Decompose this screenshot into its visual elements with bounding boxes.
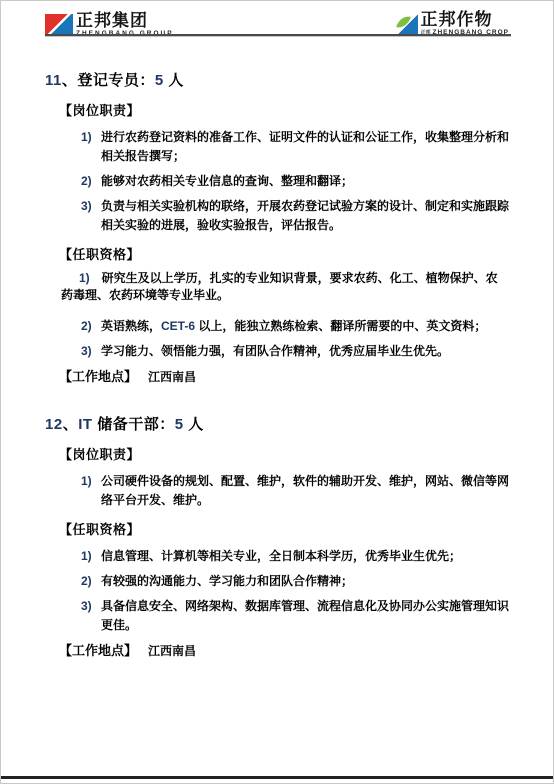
zhengbang-crop-logo-cn: 正邦作物 [421, 12, 510, 28]
list-item: 2)有较强的沟通能力、学习能力和团队合作精神； [81, 572, 511, 591]
zhengbang-group-logo-icon [45, 14, 73, 36]
list-item-text: 能够对农药相关专业信息的查询、整理和翻译； [101, 172, 511, 191]
section-title-text: 、 [63, 416, 79, 433]
list-item-run: 负责与相关实验机构的联络，开展农药登记试验方案的设计、制定和实施跟踪相关实验的进… [101, 199, 509, 232]
list-item-run: CET-6 [161, 319, 195, 333]
document-page: 正邦集团 ZHENGBANG GROUP 正邦作物 正邦 ZHENGBANG C… [0, 0, 554, 784]
list-item-number: 1) [81, 547, 101, 566]
list-item: 3)具备信息安全、网络架构、数据库管理、流程信息化及协同办公实施管理知识更佳。 [81, 597, 511, 635]
work-location-value: 江西南昌 [148, 370, 196, 384]
section-title-text: 5 [155, 72, 164, 89]
list-item-text: 有较强的沟通能力、学习能力和团队合作精神； [101, 572, 511, 591]
work-location: 【工作地点】江西南昌 [59, 367, 511, 387]
list-item-text: 信息管理、计算机等相关专业，全日制本科学历，优秀毕业生优先； [101, 547, 511, 566]
section-title: 12、IT 储备干部：5 人 [45, 415, 511, 435]
section-title-text: 人 [164, 72, 184, 89]
section-title-text: 储备干部： [93, 416, 175, 433]
footer-bar [1, 776, 553, 779]
list-item-number: 1) [81, 128, 101, 166]
zhengbang-crop-logo: 正邦作物 正邦 ZHENGBANG CROP [395, 12, 510, 36]
list-item-number: 2) [81, 572, 101, 591]
list-item-text: 进行农药登记资料的准备工作、证明文件的认证和公证工作，收集整理分析和相关报告撰写… [101, 128, 511, 166]
list-item-number: 2) [81, 172, 101, 191]
job-section: 12、IT 储备干部：5 人【岗位职责】1)公司硬件设备的规划、配置、维护，软件… [45, 415, 511, 661]
zhengbang-crop-logo-text: 正邦作物 正邦 ZHENGBANG CROP [421, 12, 510, 36]
list-item-number: 1) [81, 472, 101, 510]
zhengbang-group-logo-cn: 正邦集团 [76, 13, 174, 29]
zhengbang-crop-logo-icon [395, 14, 418, 34]
list-item-flat: 1) 研究生及以上学历，扎实的专业知识背景，要求农药、化工、植物保护、农药毒理、… [61, 270, 501, 304]
list-item: 1)公司硬件设备的规划、配置、维护，软件的辅助开发、维护，网站、微信等网络平台开… [81, 472, 511, 510]
list-item: 3)负责与相关实验机构的联络，开展农药登记试验方案的设计、制定和实施跟踪相关实验… [81, 197, 511, 235]
list-item-text: 英语熟练，CET-6 以上，能独立熟练检索、翻译所需要的中、英文资料； [101, 317, 511, 336]
list-item-text: 具备信息安全、网络架构、数据库管理、流程信息化及协同办公实施管理知识更佳。 [101, 597, 511, 635]
section-title: 11、登记专员：5 人 [45, 71, 511, 91]
list-item-run: 具备信息安全、网络架构、数据库管理、流程信息化及协同办公实施管理知识更佳。 [101, 599, 509, 632]
list-item-run: 公司硬件设备的规划、配置、维护，软件的辅助开发、维护，网站、微信等网络平台开发、… [101, 474, 509, 507]
list-item: 3)学习能力、领悟能力强，有团队合作精神，优秀应届毕业生优先。 [81, 342, 511, 361]
list-item-text: 公司硬件设备的规划、配置、维护，软件的辅助开发、维护，网站、微信等网络平台开发、… [101, 472, 511, 510]
list-item-run: 能够对农药相关专业信息的查询、整理和翻译； [101, 174, 353, 188]
list-item: 1)进行农药登记资料的准备工作、证明文件的认证和公证工作，收集整理分析和相关报告… [81, 128, 511, 166]
leaf-icon [396, 14, 411, 31]
list-item-run: 信息管理、计算机等相关专业，全日制本科学历，优秀毕业生优先； [101, 549, 461, 563]
list-item-run: 英语熟练， [101, 319, 161, 333]
subsection-heading: 【任职资格】 [59, 245, 511, 264]
list-item: 2)能够对农药相关专业信息的查询、整理和翻译； [81, 172, 511, 191]
section-title-text: 11 [45, 72, 62, 89]
work-location-label: 【工作地点】 [59, 369, 137, 384]
work-location: 【工作地点】江西南昌 [59, 641, 511, 661]
list-item-number: 3) [81, 342, 101, 361]
list-item-text: 学习能力、领悟能力强，有团队合作精神，优秀应届毕业生优先。 [101, 342, 511, 361]
list-item: 1)信息管理、计算机等相关专业，全日制本科学历，优秀毕业生优先； [81, 547, 511, 566]
list-item-number: 3) [81, 197, 101, 235]
work-location-label: 【工作地点】 [59, 643, 137, 658]
list-item-number: 2) [81, 317, 101, 336]
job-section: 11、登记专员：5 人【岗位职责】1)进行农药登记资料的准备工作、证明文件的认证… [45, 71, 511, 387]
list-item-run: 进行农药登记资料的准备工作、证明文件的认证和公证工作，收集整理分析和相关报告撰写… [101, 130, 509, 163]
section-title-text: 5 [175, 416, 184, 433]
subsection-heading: 【岗位职责】 [59, 445, 511, 464]
list-item: 2)英语熟练，CET-6 以上，能独立熟练检索、翻译所需要的中、英文资料； [81, 317, 511, 336]
list-item-run: 研究生及以上学历，扎实的专业知识背景，要求农药、化工、植物保护、农药毒理、农药环… [61, 271, 498, 302]
list-item-text: 负责与相关实验机构的联络，开展农药登记试验方案的设计、制定和实施跟踪相关实验的进… [101, 197, 511, 235]
work-location-value: 江西南昌 [148, 644, 196, 658]
page-header: 正邦集团 ZHENGBANG GROUP 正邦作物 正邦 ZHENGBANG C… [1, 1, 553, 35]
section-title-text: 人 [184, 416, 204, 433]
list-item-run: 学习能力、领悟能力强，有团队合作精神，优秀应届毕业生优先。 [101, 344, 449, 358]
section-title-text: IT [78, 416, 92, 433]
subsection-heading: 【任职资格】 [59, 520, 511, 539]
section-title-text: 12 [45, 416, 63, 433]
document-body: 11、登记专员：5 人【岗位职责】1)进行农药登记资料的准备工作、证明文件的认证… [1, 35, 553, 661]
list-item-run: 有较强的沟通能力、学习能力和团队合作精神； [101, 574, 353, 588]
subsection-heading: 【岗位职责】 [59, 101, 511, 120]
list-item-run: 以上，能独立熟练检索、翻译所需要的中、英文资料； [195, 319, 486, 333]
section-title-text: 、登记专员： [62, 72, 155, 89]
list-item-run: 1) [79, 271, 90, 285]
list-item-number: 3) [81, 597, 101, 635]
